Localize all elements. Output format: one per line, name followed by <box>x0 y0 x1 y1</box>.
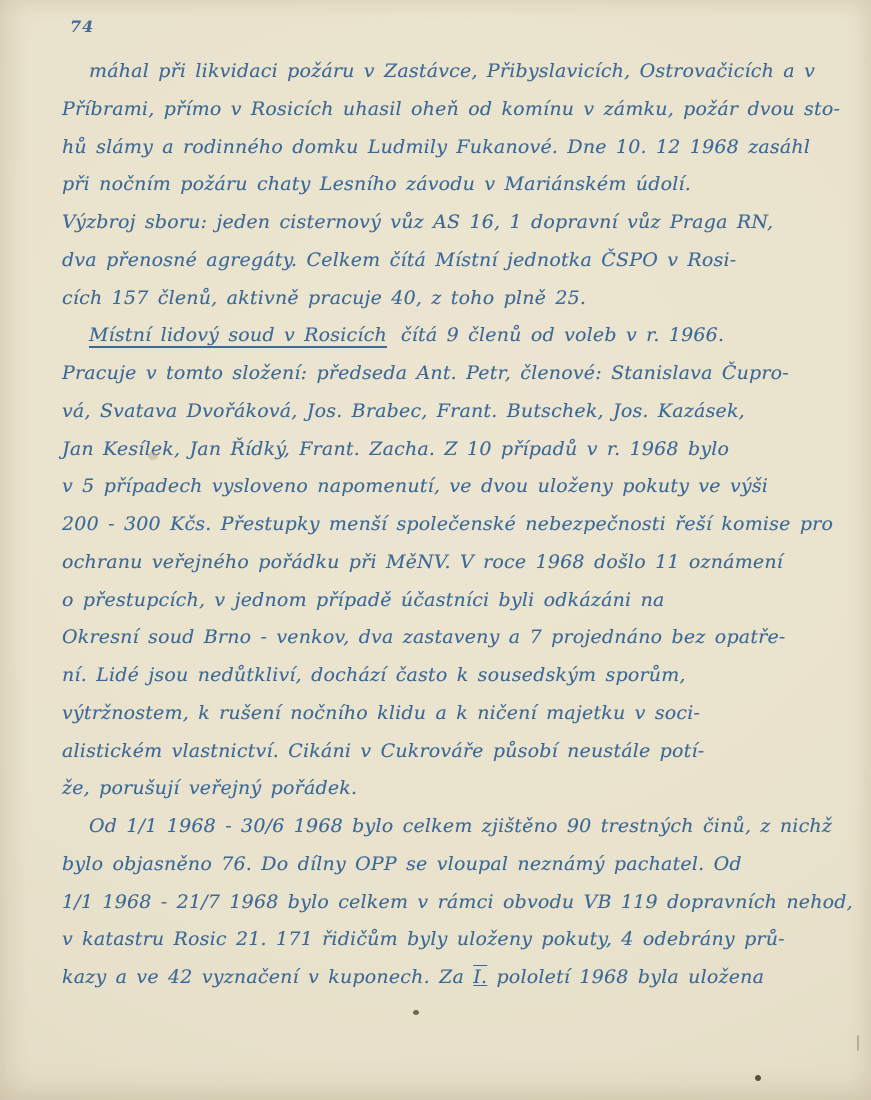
text-segment: alistickém vlastnictví. Cikáni v Cukrová… <box>62 740 704 762</box>
handwritten-line: Od 1/1 1968 - 30/6 1968 bylo celkem zjiš… <box>62 808 833 846</box>
text-segment: při nočním požáru chaty Lesního závodu v… <box>62 173 691 195</box>
handwritten-line: při nočním požáru chaty Lesního závodu v… <box>62 166 833 204</box>
handwritten-line: cích 157 členů, aktivně pracuje 40, z to… <box>62 280 833 318</box>
text-segment: pololetí 1968 byla uložena <box>487 966 764 988</box>
handwritten-line: hů slámy a rodinného domku Ludmily Fukan… <box>62 129 833 167</box>
paper-speck <box>755 1075 761 1081</box>
text-segment: hů slámy a rodinného domku Ludmily Fukan… <box>62 136 810 158</box>
text-segment: dva přenosné agregáty. Celkem čítá Místn… <box>62 249 736 271</box>
page-number: 74 <box>70 17 94 36</box>
paragraph-fire-brigade-continuation: máhal při likvidaci požáru v Zastávce, P… <box>62 53 833 317</box>
paper-speck <box>148 452 158 460</box>
text-segment: v 5 případech vysloveno napomenutí, ve d… <box>62 475 768 497</box>
handwritten-line: Příbrami, přímo v Rosicích uhasil oheň o… <box>62 91 833 129</box>
handwritten-line: Jan Kesílek, Jan Řídký, Frant. Zacha. Z … <box>62 431 833 469</box>
handwritten-line: dva přenosné agregáty. Celkem čítá Místn… <box>62 242 833 280</box>
handwritten-line: Okresní soud Brno - venkov, dva zastaven… <box>62 619 833 657</box>
handwritten-line: v katastru Rosic 21. 171 řidičům byly ul… <box>62 921 833 959</box>
text-segment: ní. Lidé jsou nedůtkliví, dochází často … <box>62 664 686 686</box>
text-segment: máhal při likvidaci požáru v Zastávce, P… <box>89 60 815 82</box>
paper-speck <box>857 1035 859 1051</box>
scanned-paper-page: 74 máhal při likvidaci požáru v Zastávce… <box>0 0 871 1100</box>
paragraph-local-court: Místní lidový soud v Rosicíchčítá 9 člen… <box>62 317 833 808</box>
text-segment: Od 1/1 1968 - 30/6 1968 bylo celkem zjiš… <box>89 815 832 837</box>
text-segment: 200 - 300 Kčs. Přestupky menší společens… <box>62 513 833 535</box>
handwritten-line: ní. Lidé jsou nedůtkliví, dochází často … <box>62 657 833 695</box>
handwritten-line: alistickém vlastnictví. Cikáni v Cukrová… <box>62 733 833 771</box>
handwritten-line: Místní lidový soud v Rosicíchčítá 9 člen… <box>62 317 833 355</box>
text-segment: výtržnostem, k rušení nočního klidu a k … <box>62 702 700 724</box>
text-segment: čítá 9 členů od voleb v r. 1966. <box>401 324 724 346</box>
text-segment: v katastru Rosic 21. 171 řidičům byly ul… <box>62 928 785 950</box>
paragraph-crime-statistics: Od 1/1 1968 - 30/6 1968 bylo celkem zjiš… <box>62 808 833 997</box>
text-segment: kazy a ve 42 vyznačení v kuponech. Za <box>62 966 473 988</box>
text-segment: Pracuje v tomto složení: předseda Ant. P… <box>62 362 789 384</box>
underlined-heading-text: Místní lidový soud v Rosicích <box>89 324 387 346</box>
text-segment: o přestupcích, v jednom případě účastníc… <box>62 589 665 611</box>
roman-numeral: I. <box>473 966 487 988</box>
text-segment: 1/1 1968 - 21/7 1968 bylo celkem v rámci… <box>62 891 853 913</box>
text-segment: ochranu veřejného pořádku při MěNV. V ro… <box>62 551 783 573</box>
handwritten-line: že, porušují veřejný pořádek. <box>62 770 833 808</box>
text-segment: že, porušují veřejný pořádek. <box>62 777 357 799</box>
handwritten-line: ochranu veřejného pořádku při MěNV. V ro… <box>62 544 833 582</box>
handwritten-text-block: máhal při likvidaci požáru v Zastávce, P… <box>62 53 833 997</box>
handwritten-line: 1/1 1968 - 21/7 1968 bylo celkem v rámci… <box>62 884 833 922</box>
handwritten-line: Výzbroj sboru: jeden cisternový vůz AS 1… <box>62 204 833 242</box>
handwritten-line: bylo objasněno 76. Do dílny OPP se vloup… <box>62 846 833 884</box>
handwritten-line: kazy a ve 42 vyznačení v kuponech. Za I.… <box>62 959 833 997</box>
handwritten-line: výtržnostem, k rušení nočního klidu a k … <box>62 695 833 733</box>
handwritten-line: o přestupcích, v jednom případě účastníc… <box>62 582 833 620</box>
text-segment: Výzbroj sboru: jeden cisternový vůz AS 1… <box>62 211 773 233</box>
text-segment: bylo objasněno 76. Do dílny OPP se vloup… <box>62 853 742 875</box>
handwritten-line: máhal při likvidaci požáru v Zastávce, P… <box>62 53 833 91</box>
text-segment: vá, Svatava Dvořáková, Jos. Brabec, Fran… <box>62 400 745 422</box>
handwritten-line: vá, Svatava Dvořáková, Jos. Brabec, Fran… <box>62 393 833 431</box>
text-segment: Jan Kesílek, Jan Řídký, Frant. Zacha. Z … <box>62 438 729 460</box>
paper-speck <box>413 1010 419 1015</box>
text-segment: Okresní soud Brno - venkov, dva zastaven… <box>62 626 786 648</box>
handwritten-line: 200 - 300 Kčs. Přestupky menší společens… <box>62 506 833 544</box>
text-segment: cích 157 členů, aktivně pracuje 40, z to… <box>62 287 586 309</box>
text-segment: Příbrami, přímo v Rosicích uhasil oheň o… <box>62 98 840 120</box>
handwritten-line: Pracuje v tomto složení: předseda Ant. P… <box>62 355 833 393</box>
handwritten-line: v 5 případech vysloveno napomenutí, ve d… <box>62 468 833 506</box>
